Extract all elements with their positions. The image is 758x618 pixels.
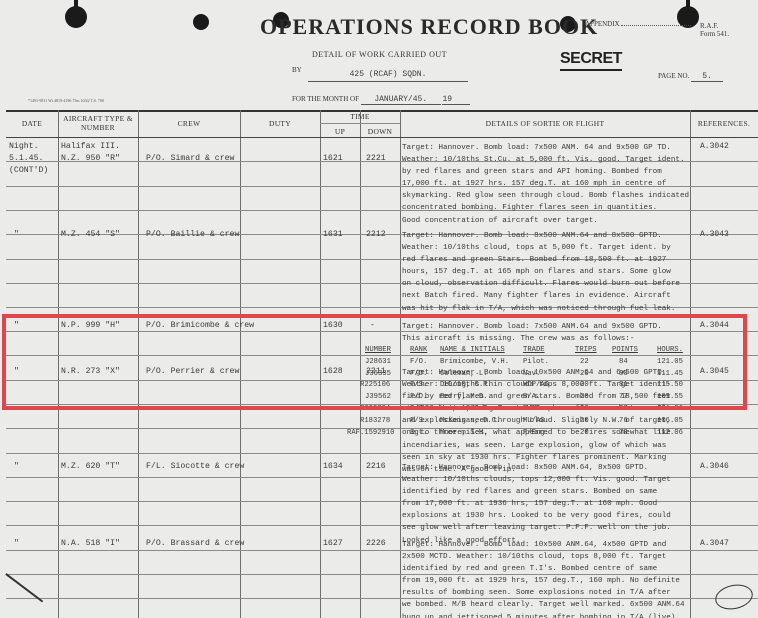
aircraft-cell: M.Z. 620 "T": [61, 461, 120, 473]
details-line: red flares and green Stars. Bombed from …: [402, 254, 694, 266]
print-code: *1491-9811 Wt.4819-4196 75m 10/42 T.S. 7…: [28, 98, 104, 103]
aircraft-cell: N.P. 999 "H": [61, 320, 120, 332]
subtitle: DETAIL OF WORK CARRIED OUT: [312, 50, 447, 59]
month-value: JANUARY/45.: [361, 95, 441, 105]
date-cell: ": [14, 366, 19, 378]
details-line: Target: Hannover. Bomb load: 8x500 ANM.6…: [402, 230, 694, 242]
details-cell: Target: Hannover. Bomb load: 10x500 ANM.…: [402, 539, 694, 618]
time-down-cell: 2221: [366, 153, 386, 165]
crew-number: R225106: [360, 380, 390, 392]
crew-header-trade: TRADE: [523, 345, 545, 357]
crew-header-number: NUMBER: [365, 345, 391, 357]
column-header-duty: Duty: [240, 119, 320, 128]
details-line: we bombed. M/B heard clearly. Target wel…: [402, 599, 694, 611]
appendix-field: [621, 25, 691, 26]
aircraft-cell: N.A. 518 "I": [61, 538, 120, 550]
page-label-text: Page No.: [658, 72, 689, 80]
details-line: was hit by flak in T/A, which was notice…: [402, 303, 694, 315]
crew-number: R183278: [360, 416, 390, 428]
page-number-value: 5.: [691, 72, 723, 82]
details-line: 2x500 MCTD. Weather: 10/10ths cloud, top…: [402, 551, 694, 563]
reference-cell: A.3042: [700, 142, 729, 151]
details-line: next Batch fired. Many fighter flares in…: [402, 290, 694, 302]
details-line: concentrated bombing. Fighter flares see…: [402, 202, 694, 214]
column-header-crew: Crew: [138, 119, 240, 128]
time-up-cell: 1621: [323, 153, 343, 165]
details-line: identified by red flares and green stars…: [402, 486, 694, 498]
details-line: Weather: 10/10ths thin clouds tops 8,000…: [402, 379, 694, 391]
binder-hole-icon: [65, 6, 87, 28]
time-down-cell: 2212: [366, 229, 386, 241]
page-title: OPERATIONS RECORD BOOK: [260, 14, 598, 40]
reference-cell: A.3047: [700, 539, 729, 548]
date-cell: ": [14, 320, 19, 332]
date-cell: ": [14, 229, 19, 241]
by-label: By: [292, 66, 302, 74]
time-up-cell: 1630: [323, 320, 343, 332]
form-label-number: Form 541.: [700, 30, 729, 38]
details-line: Target: Hannover. Bomb load: 8x500 ANM.6…: [402, 462, 694, 474]
details-line: Target: Hannover. Bomb load: 10x500 ANM.…: [402, 539, 694, 551]
crew-cell: P/O. Brimicombe & crew: [146, 320, 254, 332]
page-number-label: Page No. 5.: [658, 72, 723, 82]
details-line: at 1930 hrs, 137 deg.T. at 165 mph on fl…: [402, 403, 694, 415]
column-header-references: References.: [690, 119, 758, 128]
details-line: explosions at 1930 hrs. Looked to be ver…: [402, 510, 694, 522]
crew-number: RAF.1592910: [347, 428, 394, 440]
details-line: Target: Hannover. Bomb load: 7x500 ANM.6…: [402, 321, 694, 333]
aircraft-cell: M.Z. 454 "S": [61, 229, 120, 241]
column-header-details: Details of Sortie or Flight: [400, 119, 690, 128]
details-line: on cloud, observation difficult. Flares …: [402, 278, 694, 290]
form-label-raf: R.A.F.: [700, 22, 729, 30]
details-line: Target: Hannover. Bomb load: 10x500 ANM.…: [402, 367, 694, 379]
date-cell: ": [14, 538, 19, 550]
reference-cell: A.3043: [700, 230, 729, 239]
details-cell: Target: Hannover. Bomb load: 10x500 ANM.…: [402, 367, 694, 476]
details-line: This aircraft is missing. The crew was a…: [402, 333, 694, 345]
form-label: R.A.F. Form 541.: [700, 22, 729, 38]
time-subheader-rule: [320, 123, 400, 124]
column-header-date: Date: [6, 119, 58, 128]
details-line: Good concentration of aircraft over targ…: [402, 215, 694, 227]
crew-cell: F/L. Siocotte & crew: [146, 461, 244, 473]
initials-signature: [713, 581, 755, 612]
details-line: Target: Hannover. Bomb load: 7x500 ANM. …: [402, 142, 694, 154]
details-cell: Target: Hannover. Bomb load: 7x500 ANM. …: [402, 142, 694, 227]
details-line: skymarking. Red glow seen through cloud.…: [402, 190, 694, 202]
appendix-label: APPENDIX: [585, 20, 691, 28]
crew-cell: P/O. Simard & crew: [146, 153, 234, 165]
time-up-cell: 1634: [323, 461, 343, 473]
time-up-cell: 1628: [323, 366, 343, 378]
reference-cell: A.3045: [700, 367, 729, 376]
column-header-time: Time: [320, 112, 400, 121]
details-line: hung up and jettisoned 5 minutes after b…: [402, 612, 694, 618]
header-bottom-rule: [6, 137, 758, 138]
details-line: by red flares and green stars and API ho…: [402, 166, 694, 178]
time-down-cell: 2226: [366, 538, 386, 550]
details-cell: Target: Hannover. Bomb load: 8x500 ANM.6…: [402, 462, 694, 547]
date-cell: ": [14, 461, 19, 473]
column-header-aircraft: Aircraft Type & Number: [58, 114, 138, 132]
details-line: one to three miles, what appeared to be …: [402, 427, 694, 439]
binder-hole-icon: [193, 14, 209, 30]
time-up-cell: 1627: [323, 538, 343, 550]
details-line: 17,000 ft. at 1927 hrs. 157 deg.T. at 16…: [402, 178, 694, 190]
crew-cell: P/O. Perrier & crew: [146, 366, 239, 378]
details-line: hours, 157 deg.T. at 165 mph on flares a…: [402, 266, 694, 278]
squadron-value: 425 (RCAF) SQDN.: [350, 70, 427, 79]
date-line: 5.1.45.: [9, 153, 48, 165]
details-line: from 19,000 ft. at 1929 hrs, 157 deg.T.,…: [402, 575, 694, 587]
crew-cell: P/O. Baillie & crew: [146, 229, 239, 241]
date-line: (CONT'D): [9, 165, 48, 177]
crew-header-rank: RANK: [410, 345, 427, 357]
details-line: incendiaries, was seen. Large explosion,…: [402, 440, 694, 452]
details-line: Weather: 10/10ths cloud, tops at 5,000 f…: [402, 242, 694, 254]
details-cell: Target: Hannover. Bomb load: 7x500 ANM.6…: [402, 321, 694, 345]
aircraft-number: N.Z. 950 "R": [61, 153, 120, 165]
crew-cell: P/O. Brassard & crew: [146, 538, 244, 550]
details-line: identified by red and green T.I's. Bombe…: [402, 563, 694, 575]
month-label: For the Month of JANUARY/45. 19: [292, 95, 470, 105]
details-line: see glow well after leaving target. P.F.…: [402, 522, 694, 534]
column-header-up: Up: [320, 127, 360, 136]
crew-number: R203304: [360, 404, 390, 416]
details-line: Weather: 10/10ths St.Cu. at 5,000 ft. Vi…: [402, 154, 694, 166]
time-down-cell: 2211: [366, 366, 386, 378]
crew-header-trips: TRIPS: [575, 345, 597, 357]
crew-header-hours: HOURS.: [657, 345, 683, 357]
date-line: Night.: [9, 141, 48, 153]
aircraft-cell: N.R. 273 "X": [61, 366, 120, 378]
details-line: from 17,000 ft. at 1936 hrs, 157 deg.T. …: [402, 498, 694, 510]
details-line: and explosions seen through cloud. Sligh…: [402, 415, 694, 427]
details-line: results of bombing seen. Some explosions…: [402, 587, 694, 599]
aircraft-type: Halifax III.: [61, 141, 120, 153]
time-up-cell: 1631: [323, 229, 343, 241]
details-line: Weather: 10/10ths clouds, tops 12,000 ft…: [402, 474, 694, 486]
operations-record-book-page: OPERATIONS RECORD BOOK APPENDIX R.A.F. F…: [0, 0, 758, 618]
details-cell: Target: Hannover. Bomb load: 8x500 ANM.6…: [402, 230, 694, 315]
squadron-field: 425 (RCAF) SQDN.: [308, 63, 468, 82]
classification-badge: SECRET: [560, 50, 622, 71]
year-prefix: 19: [442, 95, 470, 105]
aircraft-cell: Halifax III. N.Z. 950 "R": [61, 141, 120, 165]
time-down-cell: -: [370, 320, 375, 332]
month-label-text: For the Month of: [292, 95, 359, 103]
reference-cell: A.3044: [700, 321, 729, 330]
crew-header-points: POINTS: [612, 345, 638, 357]
appendix-label-text: APPENDIX: [585, 20, 620, 28]
crew-header-name: NAME & INITIALS: [440, 345, 505, 357]
crew-number: J39562: [365, 392, 391, 404]
date-cell: Night. 5.1.45. (CONT'D): [9, 141, 48, 177]
details-line: fied by red flares and green stars. Bomb…: [402, 391, 694, 403]
time-down-cell: 2216: [366, 461, 386, 473]
column-header-down: Down: [360, 127, 400, 136]
reference-cell: A.3046: [700, 462, 729, 471]
